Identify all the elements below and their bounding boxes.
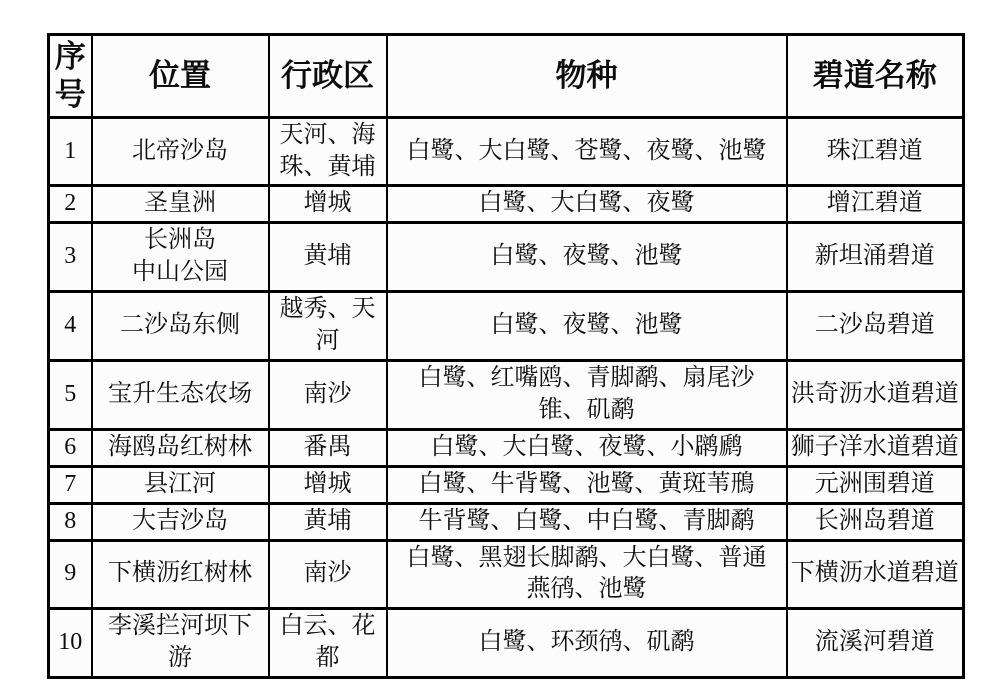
page: 序号 位置 行政区 物种 碧道名称 1 北帝沙岛 天河、海珠、黄埔 白鹭、大白鹭… [0, 0, 1000, 683]
greenway-cell: 狮子洋水道碧道 [787, 429, 964, 466]
species-cell: 白鹭、夜鹭、池鹭 [387, 223, 787, 292]
location-cell: 宝升生态农场 [92, 360, 269, 429]
greenway-cell: 增江碧道 [787, 186, 964, 223]
col-header-location: 位置 [92, 35, 269, 118]
location-cell: 圣皇洲 [92, 186, 269, 223]
greenway-cell: 流溪河碧道 [787, 609, 964, 678]
location-cell: 李溪拦河坝下游 [92, 609, 269, 678]
species-cell: 白鹭、牛背鹭、池鹭、黄斑苇鳽 [387, 466, 787, 503]
species-cell: 牛背鹭、白鹭、中白鹭、青脚鹬 [387, 503, 787, 540]
col-header-district: 行政区 [269, 35, 387, 118]
species-cell: 白鹭、大白鹭、夜鹭、小䴙䴘 [387, 429, 787, 466]
location-cell: 大吉沙岛 [92, 503, 269, 540]
location-cell: 北帝沙岛 [92, 117, 269, 186]
location-cell: 下横沥红树林 [92, 540, 269, 609]
row-no-cell: 8 [49, 503, 92, 540]
location-cell: 二沙岛东侧 [92, 292, 269, 361]
table-row: 4 二沙岛东侧 越秀、天河 白鹭、夜鹭、池鹭 二沙岛碧道 [49, 292, 964, 361]
table-row: 6 海鸥岛红树林 番禺 白鹭、大白鹭、夜鹭、小䴙䴘 狮子洋水道碧道 [49, 429, 964, 466]
row-no-cell: 1 [49, 117, 92, 186]
col-header-greenway: 碧道名称 [787, 35, 964, 118]
table-row: 7 县江河 增城 白鹭、牛背鹭、池鹭、黄斑苇鳽 元洲围碧道 [49, 466, 964, 503]
row-no-cell: 2 [49, 186, 92, 223]
table-row: 8 大吉沙岛 黄埔 牛背鹭、白鹭、中白鹭、青脚鹬 长洲岛碧道 [49, 503, 964, 540]
district-cell: 南沙 [269, 540, 387, 609]
species-cell: 白鹭、红嘴鸥、青脚鹬、扇尾沙锥、矶鹬 [387, 360, 787, 429]
district-cell: 天河、海珠、黄埔 [269, 117, 387, 186]
species-cell: 白鹭、黑翅长脚鹬、大白鹭、普通燕鸻、池鹭 [387, 540, 787, 609]
greenway-cell: 长洲岛碧道 [787, 503, 964, 540]
row-no-cell: 6 [49, 429, 92, 466]
table-row: 9 下横沥红树林 南沙 白鹭、黑翅长脚鹬、大白鹭、普通燕鸻、池鹭 下横沥水道碧道 [49, 540, 964, 609]
bird-species-table: 序号 位置 行政区 物种 碧道名称 1 北帝沙岛 天河、海珠、黄埔 白鹭、大白鹭… [47, 33, 965, 679]
table-row: 2 圣皇洲 增城 白鹭、大白鹭、夜鹭 增江碧道 [49, 186, 964, 223]
row-no-cell: 5 [49, 360, 92, 429]
row-no-cell: 3 [49, 223, 92, 292]
greenway-cell: 洪奇沥水道碧道 [787, 360, 964, 429]
district-cell: 番禺 [269, 429, 387, 466]
greenway-cell: 新坦涌碧道 [787, 223, 964, 292]
location-cell: 县江河 [92, 466, 269, 503]
location-cell: 海鸥岛红树林 [92, 429, 269, 466]
greenway-cell: 元洲围碧道 [787, 466, 964, 503]
district-cell: 增城 [269, 186, 387, 223]
col-header-no: 序号 [49, 35, 92, 118]
district-cell: 黄埔 [269, 503, 387, 540]
species-cell: 白鹭、夜鹭、池鹭 [387, 292, 787, 361]
greenway-cell: 下横沥水道碧道 [787, 540, 964, 609]
row-no-cell: 10 [49, 609, 92, 678]
species-cell: 白鹭、大白鹭、夜鹭 [387, 186, 787, 223]
district-cell: 增城 [269, 466, 387, 503]
row-no-cell: 4 [49, 292, 92, 361]
species-cell: 白鹭、环颈鸻、矶鹬 [387, 609, 787, 678]
table-row: 10 李溪拦河坝下游 白云、花都 白鹭、环颈鸻、矶鹬 流溪河碧道 [49, 609, 964, 678]
greenway-cell: 二沙岛碧道 [787, 292, 964, 361]
table-row: 3 长洲岛 中山公园 黄埔 白鹭、夜鹭、池鹭 新坦涌碧道 [49, 223, 964, 292]
district-cell: 越秀、天河 [269, 292, 387, 361]
header-row: 序号 位置 行政区 物种 碧道名称 [49, 35, 964, 118]
row-no-cell: 7 [49, 466, 92, 503]
table-row: 1 北帝沙岛 天河、海珠、黄埔 白鹭、大白鹭、苍鹭、夜鹭、池鹭 珠江碧道 [49, 117, 964, 186]
table-row: 5 宝升生态农场 南沙 白鹭、红嘴鸥、青脚鹬、扇尾沙锥、矶鹬 洪奇沥水道碧道 [49, 360, 964, 429]
district-cell: 黄埔 [269, 223, 387, 292]
row-no-cell: 9 [49, 540, 92, 609]
species-cell: 白鹭、大白鹭、苍鹭、夜鹭、池鹭 [387, 117, 787, 186]
location-cell: 长洲岛 中山公园 [92, 223, 269, 292]
district-cell: 白云、花都 [269, 609, 387, 678]
district-cell: 南沙 [269, 360, 387, 429]
col-header-species: 物种 [387, 35, 787, 118]
greenway-cell: 珠江碧道 [787, 117, 964, 186]
